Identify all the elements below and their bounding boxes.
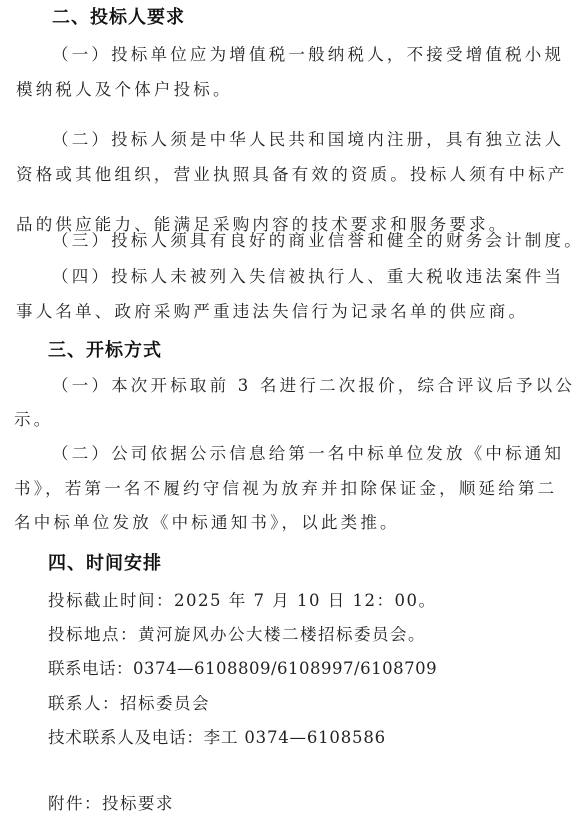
section-heading-bidder-requirements: 二、投标人要求 bbox=[52, 8, 185, 28]
paragraph-line: （一）本次开标取前 3 名进行二次报价，综合评议后予以公 bbox=[52, 376, 575, 396]
paragraph-line: 示。 bbox=[14, 410, 53, 430]
location-line: 投标地点：黄河旋风办公大楼二楼招标委员会。 bbox=[48, 625, 426, 645]
paragraph-line: 事人名单、政府采购严重违法失信行为记录名单的供应商。 bbox=[16, 302, 528, 322]
contact-line: 联系人：招标委员会 bbox=[48, 694, 210, 714]
section-heading-bid-opening: 三、开标方式 bbox=[48, 341, 162, 361]
attachment-line: 附件：投标要求 bbox=[48, 794, 174, 814]
paragraph-line: （三）投标人须具有良好的商业信誉和健全的财务会计制度。 bbox=[52, 231, 578, 251]
paragraph-line: （一）投标单位应为增值税一般纳税人，不接受增值税小规 bbox=[52, 45, 564, 65]
paragraph-line: （四）投标人未被列入失信被执行人、重大税收违法案件当 bbox=[52, 267, 564, 287]
deadline-line: 投标截止时间：2025 年 7 月 10 日 12：00。 bbox=[48, 591, 436, 611]
paragraph-line: 资格或其他组织，营业执照具备有效的资质。投标人须有中标产 bbox=[16, 165, 568, 185]
paragraph-line: 名中标单位发放《中标通知书》，以此类推。 bbox=[14, 513, 400, 533]
paragraph-line: （二）公司依据公示信息给第一名中标单位发放《中标通知 bbox=[52, 444, 564, 464]
phone-line: 联系电话：0374—6108809/6108997/6108709 bbox=[48, 659, 437, 679]
paragraph-line: （二）投标人须是中华人民共和国境内注册，具有独立法人 bbox=[52, 130, 564, 150]
section-heading-schedule: 四、时间安排 bbox=[48, 554, 162, 574]
paragraph-line: 书》，若第一名不履约守信视为放弃并扣除保证金，顺延给第二 bbox=[14, 479, 557, 499]
tech-contact-line: 技术联系人及电话：李工 0374—6108586 bbox=[48, 728, 386, 748]
paragraph-line: 模纳税人及个体户投标。 bbox=[16, 80, 233, 100]
